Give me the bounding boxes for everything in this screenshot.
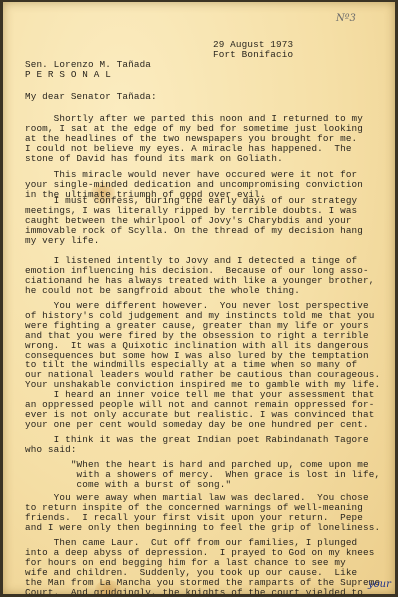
paragraph: You were different however. You never lo… — [25, 301, 380, 390]
letter-place: Fort Bonifacio — [213, 49, 293, 60]
quotation: "When the heart is hard and parched up, … — [25, 460, 380, 490]
dateline: 29 August 1973 Fort Bonifacio — [213, 40, 293, 60]
paragraph: I listened intently to Jovy and I detect… — [25, 256, 374, 296]
paragraph: I heard an inner voice tell me that your… — [25, 390, 374, 430]
addressee-note: P E R S O N A L — [25, 69, 111, 80]
addressee-block: Sen. Lorenzo M. Tañada P E R S O N A L — [25, 60, 151, 80]
paragraph: Shortly after we parted this noon and I … — [25, 114, 363, 164]
handwritten-note: your — [368, 579, 391, 590]
paragraph: I must confess, during the early days of… — [25, 196, 363, 246]
paragraph: I think it was the great Indian poet Rab… — [25, 435, 369, 455]
archive-annotation: Nº3 — [336, 13, 356, 24]
paragraph: You were away when martial law was decla… — [25, 493, 380, 533]
paragraph: Then came Laur. Cut off from our familie… — [25, 538, 380, 594]
salutation: My dear Senator Tañada: — [25, 92, 157, 102]
letter-page: Nº3 29 August 1973 Fort Bonifacio Sen. L… — [3, 2, 395, 594]
